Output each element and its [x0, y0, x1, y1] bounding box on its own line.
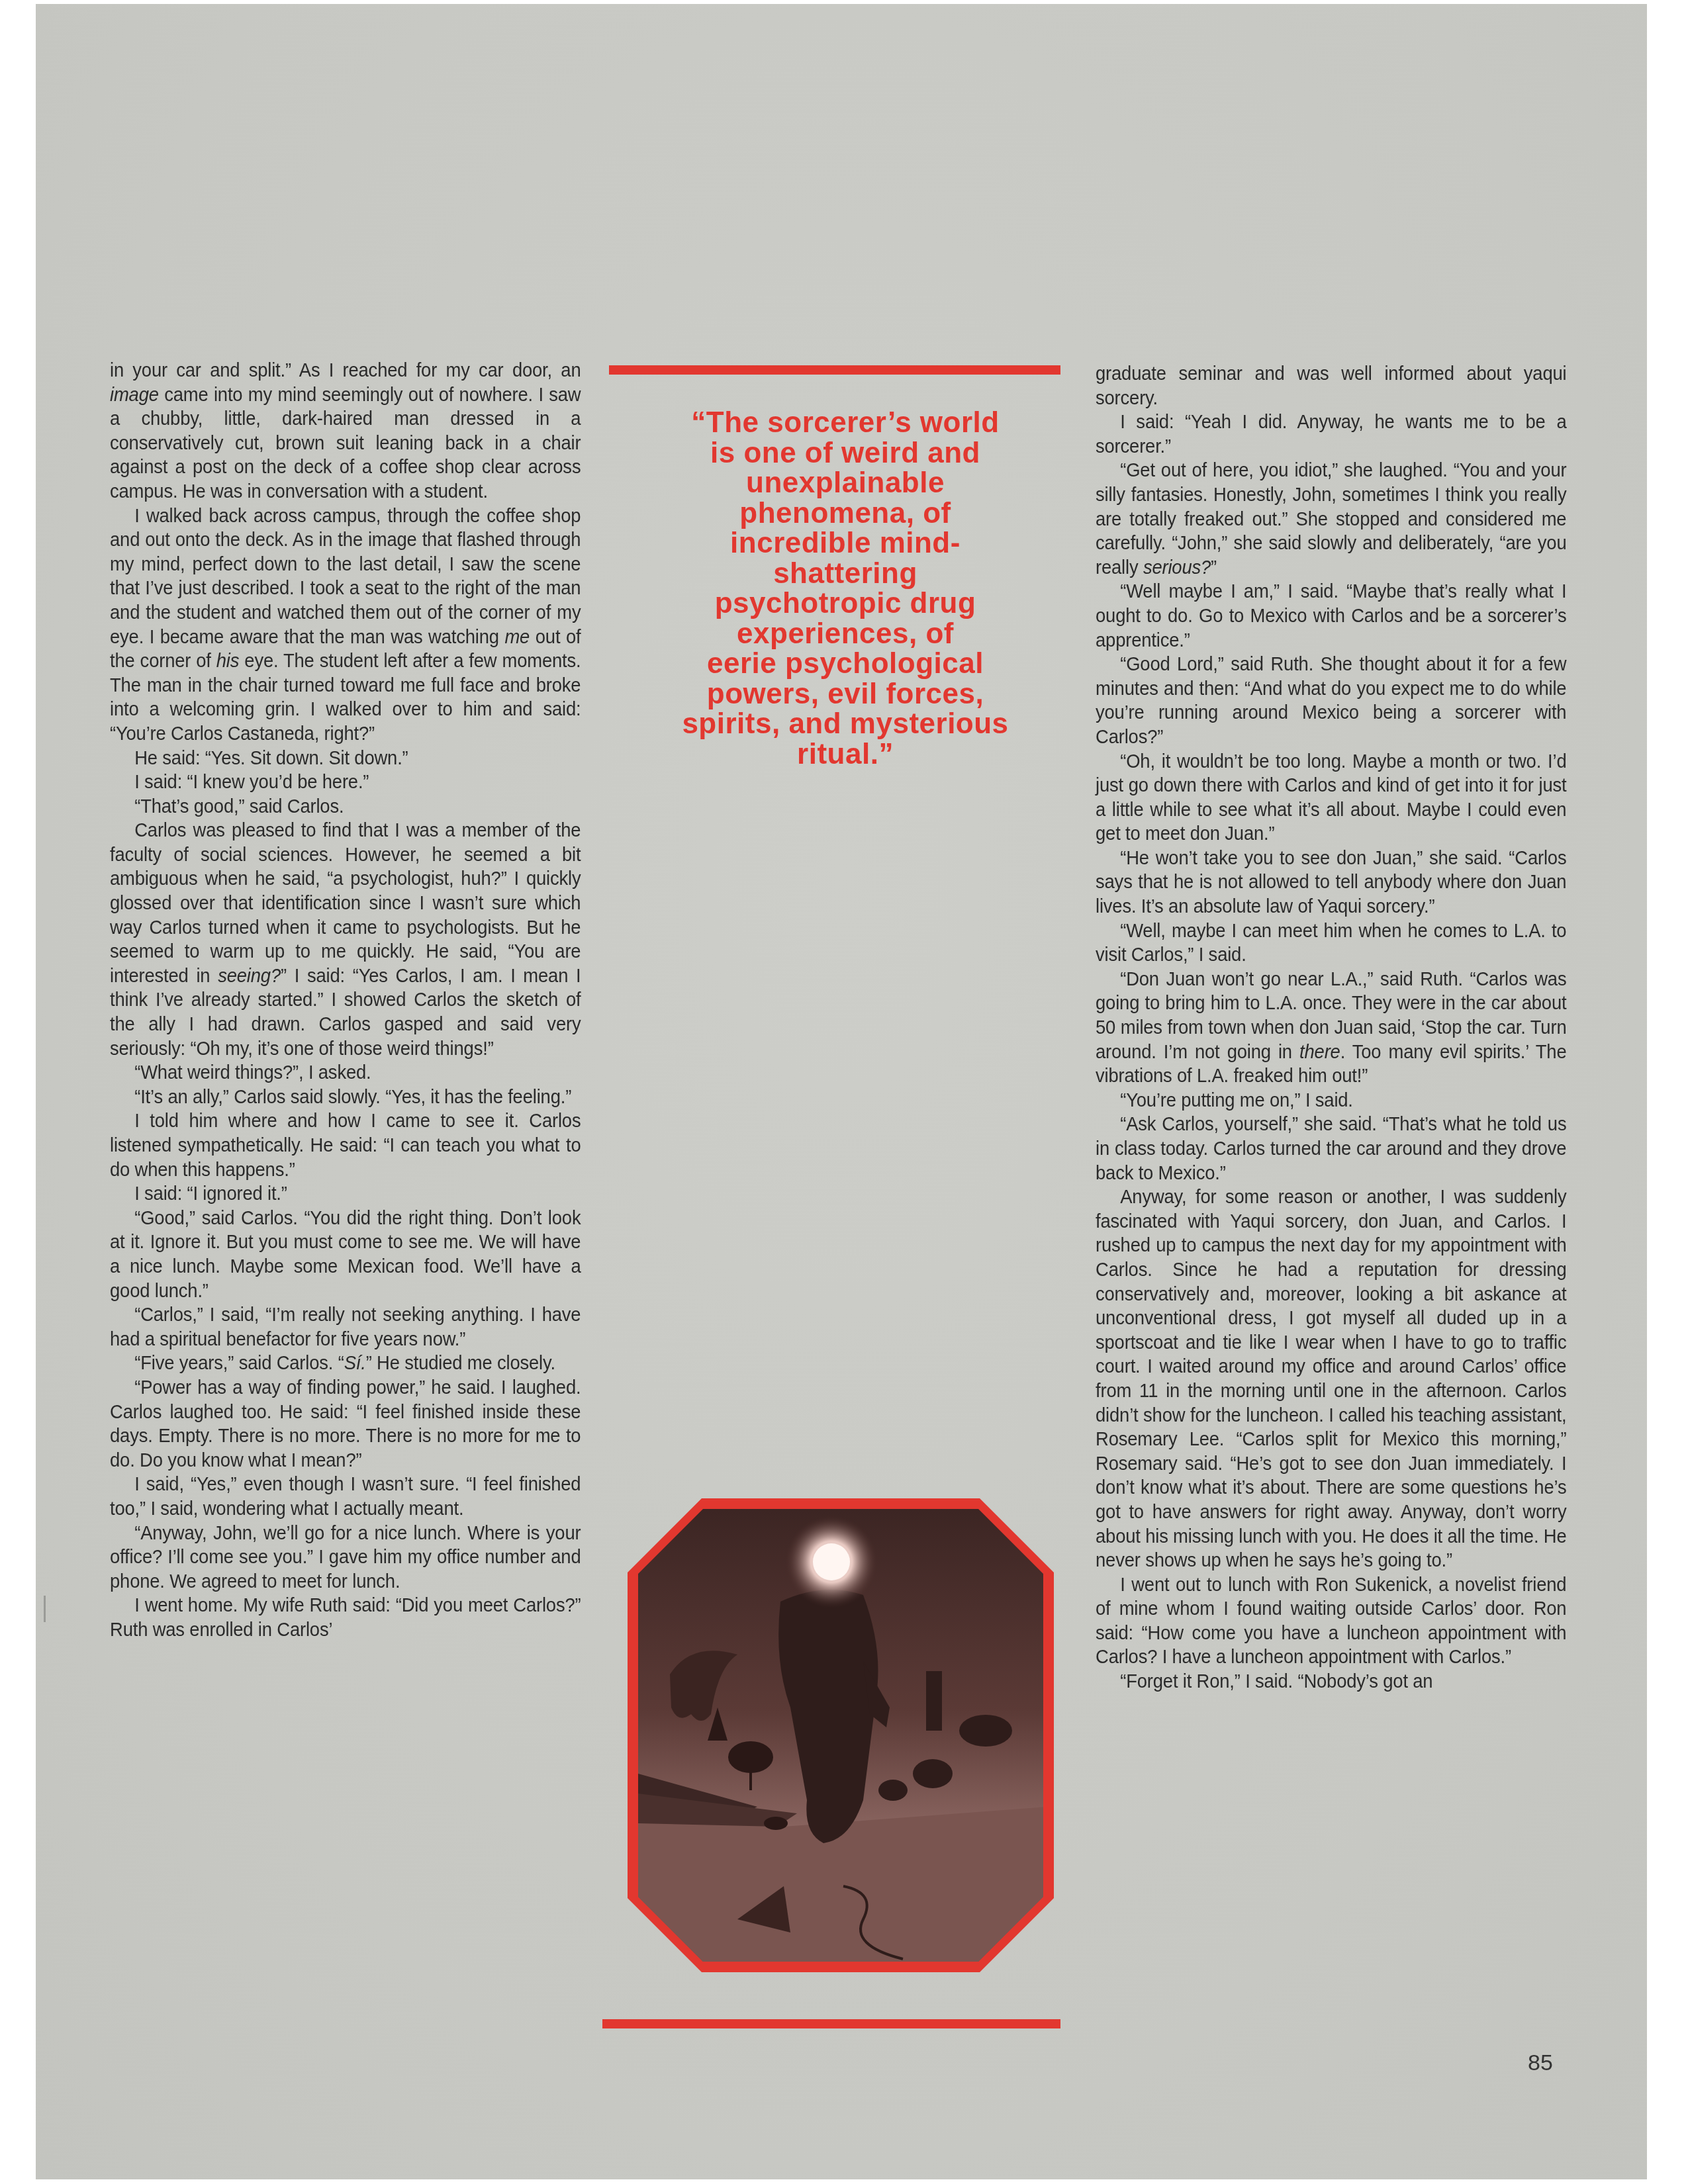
- body-paragraph: “Get out of here, you idiot,” she laughe…: [1096, 459, 1566, 580]
- body-paragraph: in your car and split.” As I reached for…: [110, 359, 581, 504]
- body-paragraph: graduate seminar and was well informed a…: [1096, 362, 1566, 410]
- body-paragraph: I said: “Yeah I did. Anyway, he wants me…: [1096, 410, 1566, 459]
- pull-quote-line: ritual.”: [643, 739, 1047, 770]
- pull-quote: “The sorcerer’s worldis one of weird and…: [643, 408, 1047, 769]
- pull-quote-line: is one of weird and: [643, 438, 1047, 469]
- body-paragraph: “Carlos,” I said, “I’m really not seekin…: [110, 1303, 581, 1351]
- right-text-column: graduate seminar and was well informed a…: [1096, 362, 1566, 1694]
- illustration-octagon: [625, 1496, 1056, 1975]
- body-paragraph: “Don Juan won’t go near L.A.,” said Ruth…: [1096, 968, 1566, 1089]
- body-paragraph: “You’re putting me on,” I said.: [1096, 1089, 1566, 1113]
- pull-quote-line: “The sorcerer’s world: [643, 408, 1047, 438]
- pull-quote-line: experiences, of: [643, 619, 1047, 649]
- body-paragraph: Anyway, for some reason or another, I wa…: [1096, 1185, 1566, 1573]
- body-paragraph: I went out to lunch with Ron Sukenick, a…: [1096, 1573, 1566, 1670]
- body-paragraph: I walked back across campus, through the…: [110, 504, 581, 747]
- pull-quote-line: unexplainable: [643, 468, 1047, 498]
- body-paragraph: He said: “Yes. Sit down. Sit down.”: [110, 747, 581, 771]
- page-number: 85: [1528, 2050, 1553, 2076]
- pull-quote-line: eerie psychological: [643, 649, 1047, 679]
- red-rule-bottom: [602, 2019, 1060, 2028]
- body-paragraph: “Oh, it wouldn’t be too long. Maybe a mo…: [1096, 750, 1566, 846]
- body-paragraph: I said, “Yes,” even though I wasn’t sure…: [110, 1473, 581, 1521]
- body-paragraph: I said: “I knew you’d be here.”: [110, 770, 581, 795]
- body-paragraph: “Good Lord,” said Ruth. She thought abou…: [1096, 653, 1566, 749]
- pull-quote-line: spirits, and mysterious: [643, 709, 1047, 739]
- body-paragraph: “Good,” said Carlos. “You did the right …: [110, 1206, 581, 1303]
- left-text-column: in your car and split.” As I reached for…: [110, 359, 581, 1642]
- red-rule-top: [609, 365, 1060, 375]
- body-paragraph: “Anyway, John, we’ll go for a nice lunch…: [110, 1522, 581, 1594]
- body-paragraph: “That’s good,” said Carlos.: [110, 795, 581, 819]
- body-paragraph: “Well, maybe I can meet him when he come…: [1096, 919, 1566, 968]
- pull-quote-line: powers, evil forces,: [643, 679, 1047, 709]
- pull-quote-line: shattering: [643, 559, 1047, 589]
- body-paragraph: I said: “I ignored it.”: [110, 1182, 581, 1206]
- body-paragraph: “Forget it Ron,” I said. “Nobody’s got a…: [1096, 1670, 1566, 1694]
- body-paragraph: “Ask Carlos, yourself,” she said. “That’…: [1096, 1113, 1566, 1185]
- magazine-page: in your car and split.” As I reached for…: [36, 4, 1647, 2179]
- margin-mark: [44, 1596, 46, 1622]
- body-paragraph: I told him where and how I came to see i…: [110, 1109, 581, 1182]
- body-paragraph: “Power has a way of finding power,” he s…: [110, 1376, 581, 1473]
- pull-quote-line: incredible mind-: [643, 528, 1047, 559]
- pull-quote-line: psychotropic drug: [643, 588, 1047, 619]
- body-paragraph: Carlos was pleased to find that I was a …: [110, 819, 581, 1061]
- body-paragraph: I went home. My wife Ruth said: “Did you…: [110, 1594, 581, 1642]
- body-paragraph: “What weird things?”, I asked.: [110, 1061, 581, 1085]
- body-paragraph: “Five years,” said Carlos. “Sí.” He stud…: [110, 1351, 581, 1376]
- body-paragraph: “He won’t take you to see don Juan,” she…: [1096, 846, 1566, 919]
- body-paragraph: “Well maybe I am,” I said. “Maybe that’s…: [1096, 580, 1566, 653]
- body-paragraph: “It’s an ally,” Carlos said slowly. “Yes…: [110, 1085, 581, 1110]
- pull-quote-line: phenomena, of: [643, 498, 1047, 529]
